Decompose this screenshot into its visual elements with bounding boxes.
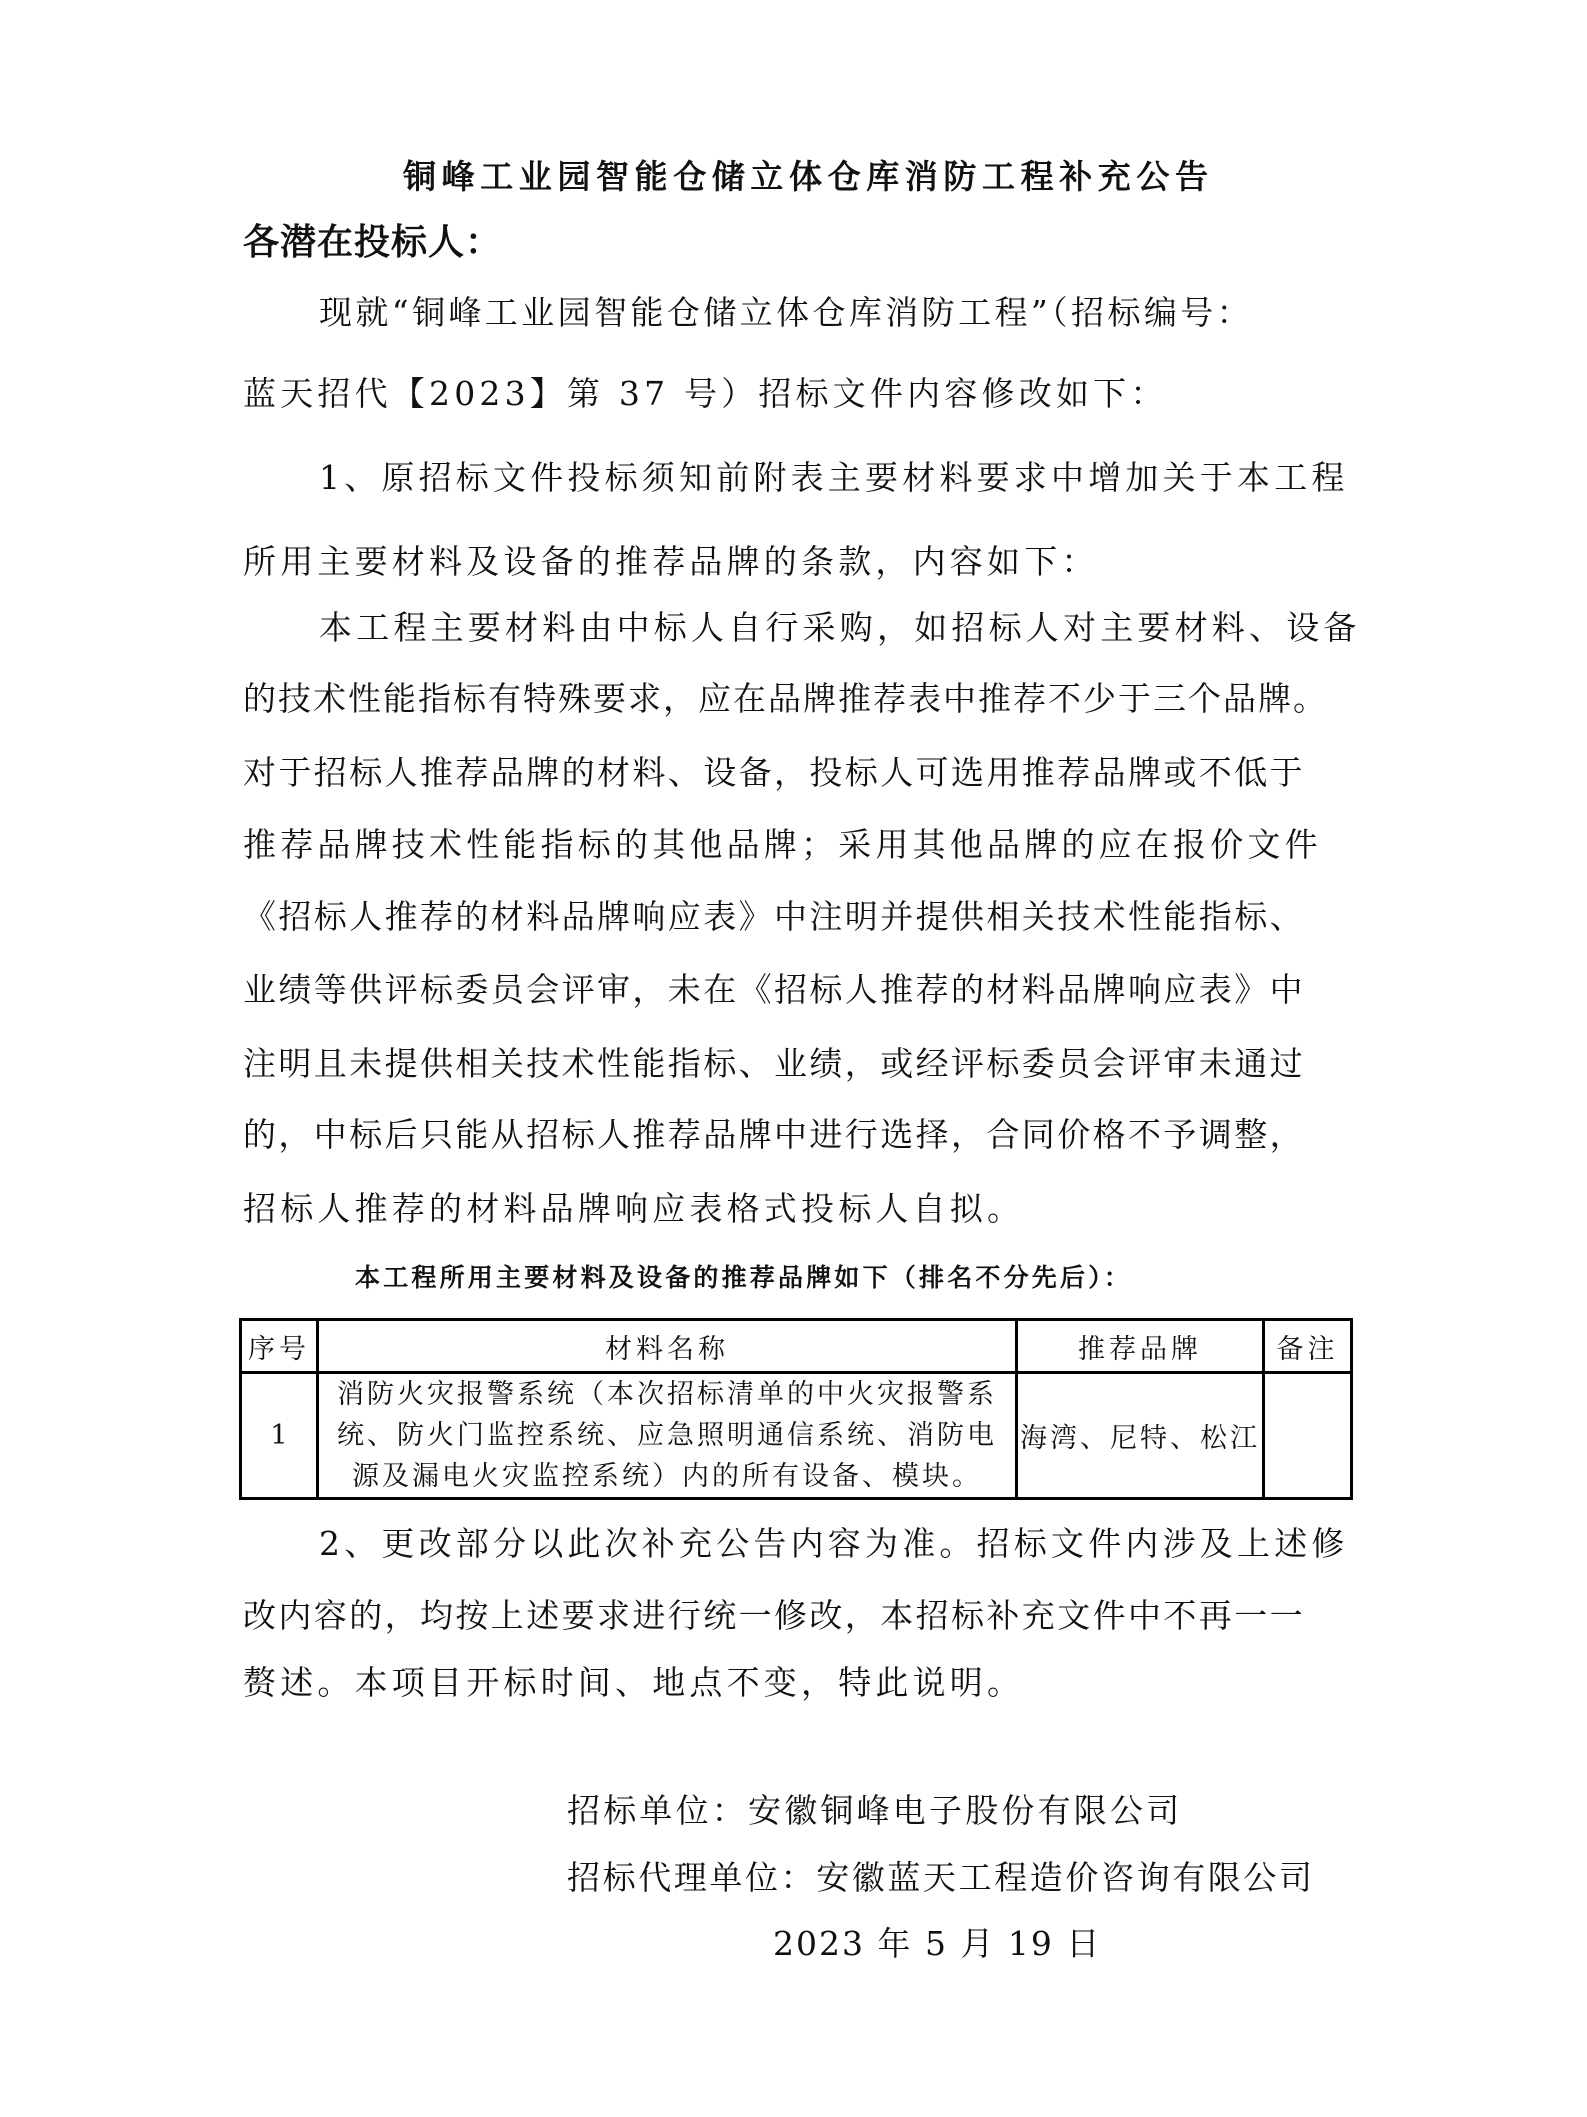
tenderer-line: 招标单位：安徽铜峰电子股份有限公司 <box>567 1794 1182 1827</box>
clause-line: 招标人推荐的材料品牌响应表格式投标人自拟。 <box>243 1192 1024 1225</box>
row-material-name: 消防火灾报警系统（本次招标清单的中火灾报警系 统、防火门监控系统、应急照明通信系… <box>318 1373 1017 1499</box>
table-header-row: 序号 材料名称 推荐品牌 备注 <box>241 1320 1352 1373</box>
item-2-line: 赘述。本项目开标时间、地点不变，特此说明。 <box>243 1666 1024 1699</box>
intro-line: 蓝天招代【2023】第 37 号）招标文件内容修改如下： <box>243 377 1168 410</box>
table-caption: 本工程所用主要材料及设备的推荐品牌如下（排名不分先后）： <box>355 1265 1132 1290</box>
intro-line: 现就“铜峰工业园智能仓储立体仓库消防工程”（招标编号： <box>319 296 1253 329</box>
material-name-line: 源及漏电火灾监控系统）内的所有设备、模块。 <box>319 1456 1015 1497</box>
item-2-line: 改内容的，均按上述要求进行统一修改，本招标补充文件中不再一一 <box>243 1599 1305 1632</box>
date-line: 2023 年 5 月 19 日 <box>773 1927 1101 1960</box>
row-remark <box>1264 1373 1352 1499</box>
agency-line: 招标代理单位：安徽蓝天工程造价咨询有限公司 <box>567 1861 1315 1894</box>
clause-line: 注明且未提供相关技术性能指标、业绩，或经评标委员会评审未通过 <box>243 1047 1305 1080</box>
recommended-brands-table: 序号 材料名称 推荐品牌 备注 1 消防火灾报警系统（本次招标清单的中火灾报警系… <box>239 1318 1353 1500</box>
clause-line: 对于招标人推荐品牌的材料、设备，投标人可选用推荐品牌或不低于 <box>243 756 1305 789</box>
material-name-line: 统、防火门监控系统、应急照明通信系统、消防电 <box>319 1415 1015 1456</box>
clause-line: 的技术性能指标有特殊要求，应在品牌推荐表中推荐不少于三个品牌。 <box>243 682 1328 715</box>
clause-line: 的，中标后只能从招标人推荐品牌中进行选择，合同价格不予调整， <box>243 1118 1305 1151</box>
header-no: 序号 <box>241 1320 318 1373</box>
header-material-name: 材料名称 <box>318 1320 1017 1373</box>
clause-line: 《招标人推荐的材料品牌响应表》中注明并提供相关技术性能指标、 <box>243 900 1305 933</box>
header-remark: 备注 <box>1264 1320 1352 1373</box>
material-name-line: 消防火灾报警系统（本次招标清单的中火灾报警系 <box>319 1374 1015 1415</box>
salutation: 各潜在投标人： <box>243 225 502 261</box>
clause-line: 业绩等供评标委员会评审，未在《招标人推荐的材料品牌响应表》中 <box>243 973 1305 1006</box>
clause-line: 推荐品牌技术性能指标的其他品牌；采用其他品牌的应在报价文件 <box>243 828 1322 861</box>
item-2-line: 2、更改部分以此次补充公告内容为准。招标文件内涉及上述修 <box>319 1527 1349 1560</box>
table-row: 1 消防火灾报警系统（本次招标清单的中火灾报警系 统、防火门监控系统、应急照明通… <box>241 1373 1352 1499</box>
header-brands: 推荐品牌 <box>1017 1320 1264 1373</box>
item-1-line: 所用主要材料及设备的推荐品牌的条款，内容如下： <box>243 545 1099 578</box>
document-title: 铜峰工业园智能仓储立体仓库消防工程补充公告 <box>403 160 1214 193</box>
row-no: 1 <box>241 1373 318 1499</box>
row-brands: 海湾、尼特、松江 <box>1017 1373 1264 1499</box>
clause-line: 本工程主要材料由中标人自行采购，如招标人对主要材料、设备 <box>319 611 1361 644</box>
item-1-line: 1、原招标文件投标须知前附表主要材料要求中增加关于本工程 <box>319 461 1349 494</box>
